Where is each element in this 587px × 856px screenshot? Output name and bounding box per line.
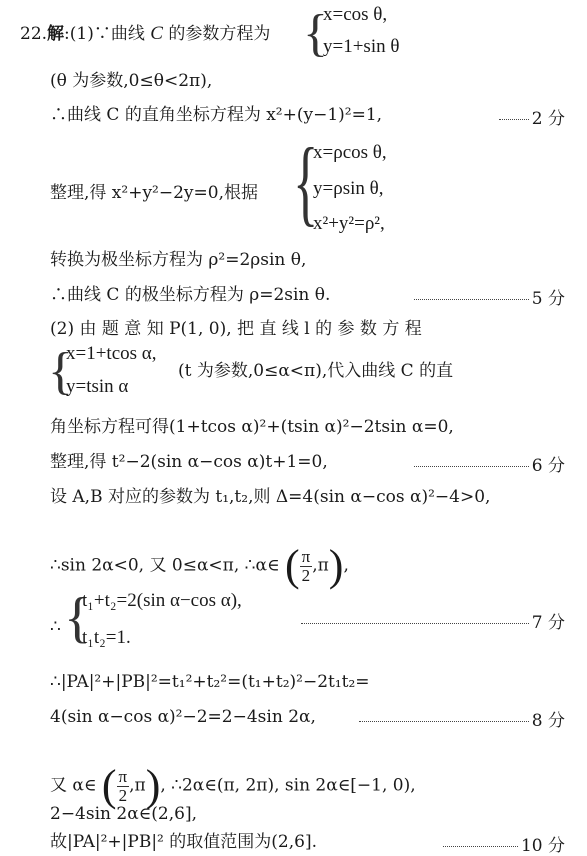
score-10: 10 分 (440, 831, 565, 856)
leader-dots (414, 299, 529, 300)
part2-intro: (2) 由 题 意 知 P(1, 0), 把 直 线 l 的 参 数 方 程 (50, 318, 422, 340)
part1-intro: 22.解:(1)∵曲线 C 的参数方程为 (20, 23, 270, 45)
score-2: 2 分 (496, 104, 565, 129)
leader-dots (499, 119, 529, 120)
line-param-y: y=tsin α (66, 376, 128, 398)
rect-equation: ∴曲线 C 的直角坐标方程为 x²+(y−1)²=1, (50, 104, 382, 126)
alpha-range: 又 α∈ (π2,π), ∴2α∈(π, 2π), sin 2α∈[−1, 0)… (50, 764, 416, 808)
sum-of-squares: ∴|PA|²+|PB|²=t₁²+t₂²=(t₁+t₂)²−2t₁t₂= (50, 671, 370, 693)
leader-dots (359, 721, 529, 722)
expression-range: 2−4sin 2α∈(2,6], (50, 803, 197, 825)
conversion-eq-1: x=ρcos θ, (313, 142, 387, 164)
conversion-eq-3: x²+y²=ρ², (313, 213, 385, 235)
score-5: 5 分 (411, 284, 565, 309)
convert-polar-text: 转换为极坐标方程为 ρ²=2ρsin θ, (50, 249, 306, 271)
line-param-x: x=1+tcos α, (66, 343, 157, 365)
param-eq-x: x=cos θ, (323, 4, 387, 26)
rearrange-text: 整理,得 x²+y²−2y=0,根据 (50, 182, 258, 204)
polar-equation: ∴曲线 C 的极坐标方程为 ρ=2sin θ. (50, 284, 330, 306)
discriminant-condition: 设 A,B 对应的参数为 t₁,t₂,则 Δ=4(sin α−cos α)²−4… (50, 486, 490, 508)
conclusion: 故|PA|²+|PB|² 的取值范围为(2,6]. (50, 831, 317, 853)
vieta-product: t₁t₂=1. (82, 627, 131, 649)
score-6: 6 分 (411, 451, 565, 476)
leader-dots (443, 846, 518, 847)
sum-of-squares-result: 4(sin α−cos α)²−2=2−4sin 2α, (50, 706, 316, 728)
quadratic-equation: 整理,得 t²−2(sin α−cos α)t+1=0, (50, 451, 328, 473)
sin-condition: ∴sin 2α<0, 又 0≤α<π, ∴α∈ (π2,π), (50, 544, 349, 588)
score-8: 8 分 (356, 706, 565, 731)
conversion-eq-2: y=ρsin θ, (313, 178, 383, 200)
substitute-equation: 角坐标方程可得(1+tcos α)²+(tsin α)²−2tsin α=0, (50, 416, 454, 438)
param-eq-y: y=1+sin θ (323, 36, 399, 58)
leader-dots (301, 623, 529, 624)
fraction-pi-over-2: π2 (300, 548, 313, 585)
solution-label: 解 (47, 24, 64, 44)
leader-dots (414, 466, 529, 467)
fraction-pi-over-2: π2 (117, 768, 130, 805)
param-condition: (θ 为参数,0≤θ<2π), (50, 70, 212, 92)
problem-number: 22. (20, 24, 47, 44)
part1-intro-text: :(1)∵曲线 C 的参数方程为 (64, 24, 270, 44)
therefore-symbol: ∴ (50, 616, 61, 638)
vieta-sum: t₁+t₂=2(sin α−cos α), (82, 590, 242, 612)
line-param-condition: (t 为参数,0≤α<π),代入曲线 C 的直 (178, 360, 453, 382)
score-7: 7 分 (298, 608, 565, 633)
